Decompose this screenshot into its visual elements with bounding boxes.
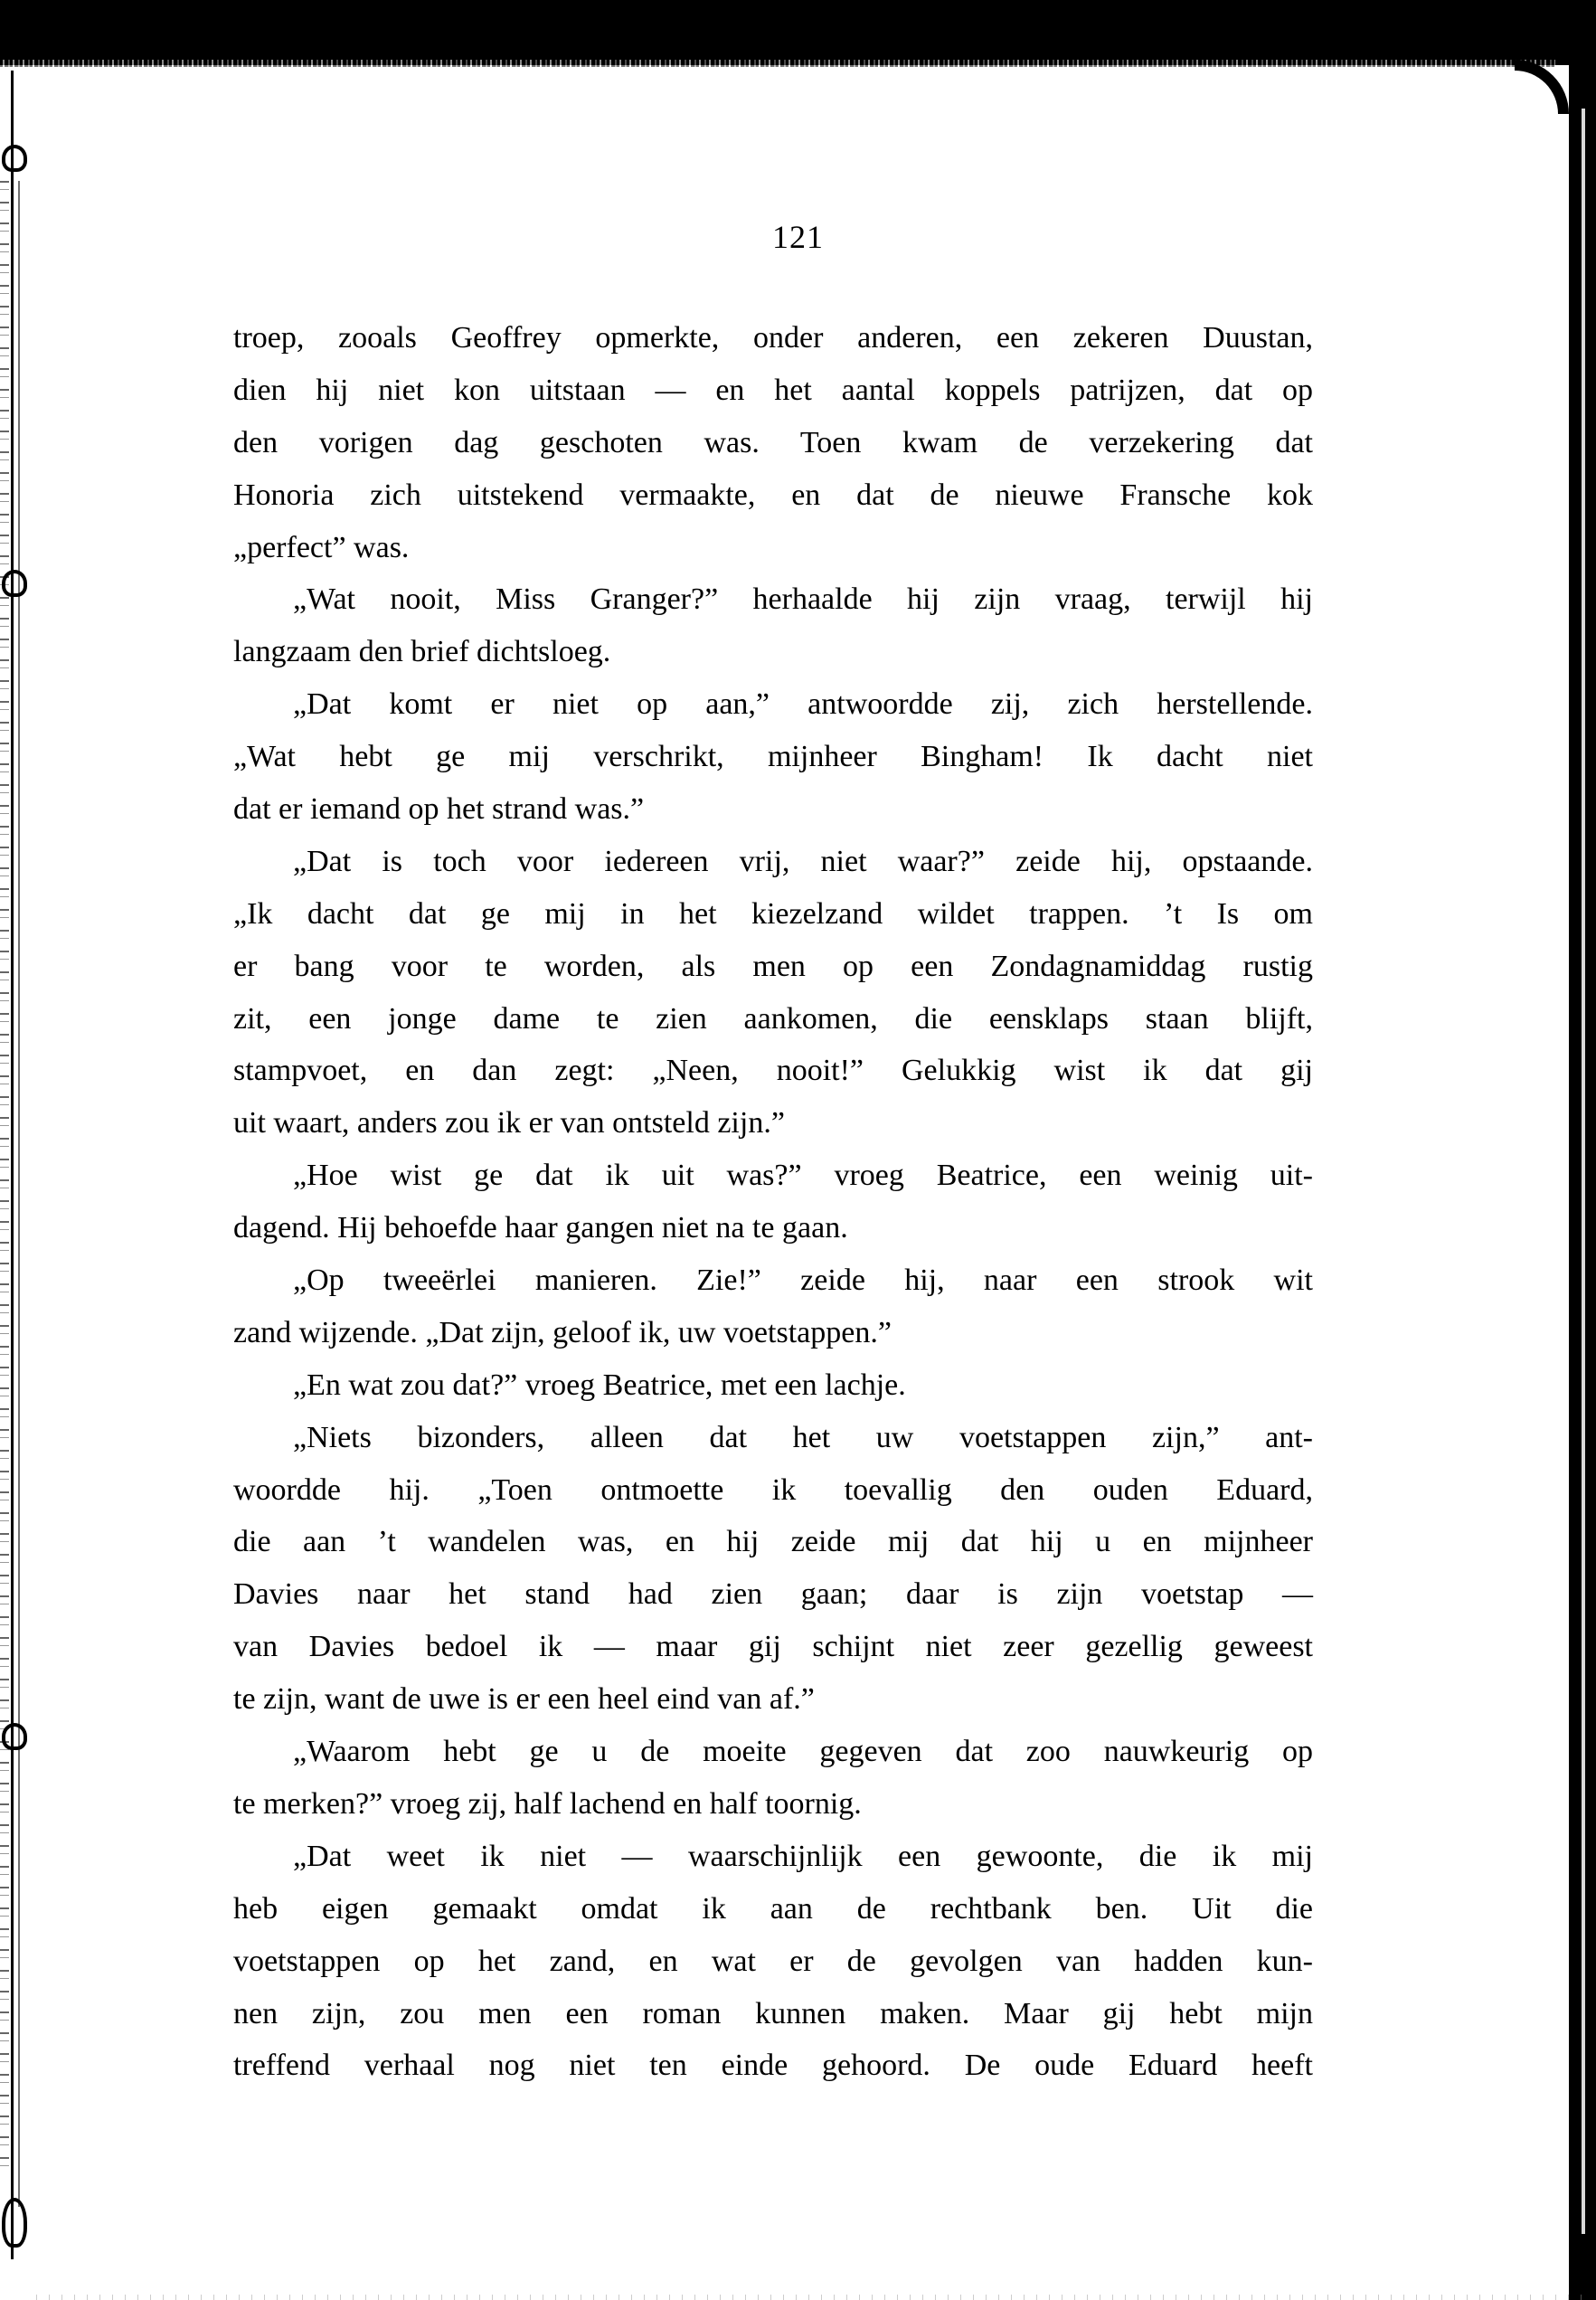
text-line: Davies naar het stand had zien gaan; daa…	[233, 1568, 1313, 1621]
text-line: „Dat weet ik niet — waarschijnlijk een g…	[233, 1831, 1313, 1883]
text-line: „En wat zou dat?” vroeg Beatrice, met ee…	[233, 1359, 1313, 1412]
text-line: „Dat is toch voor iedereen vrij, niet wa…	[233, 836, 1313, 888]
scan-right-gap	[1582, 109, 1585, 2234]
text-line: „perfect” was.	[233, 522, 1313, 574]
text-line: uit waart, anders zou ik er van ontsteld…	[233, 1097, 1313, 1150]
text-line: dagend. Hij behoefde haar gangen niet na…	[233, 1202, 1313, 1254]
text-line: langzaam den brief dichtsloeg.	[233, 626, 1313, 678]
binding-clip-icon	[2, 1723, 27, 1750]
text-line: „Op tweeërlei manieren. Zie!” zeide hij,…	[233, 1254, 1313, 1307]
text-line: nen zijn, zou men een roman kunnen maken…	[233, 1988, 1313, 2040]
text-line: stampvoet, en dan zegt: „Neen, nooit!” G…	[233, 1045, 1313, 1097]
text-line: treffend verhaal nog niet ten einde geho…	[233, 2040, 1313, 2092]
text-line: „Wat hebt ge mij verschrikt, mijnheer Bi…	[233, 731, 1313, 783]
text-line: voetstappen op het zand, en wat er de ge…	[233, 1936, 1313, 1988]
scan-left-binding-line-2	[18, 181, 20, 2207]
binding-clip-icon	[2, 2198, 27, 2248]
text-line: „Dat komt er niet op aan,” antwoordde zi…	[233, 678, 1313, 731]
text-line: „Niets bizonders, alleen dat het uw voet…	[233, 1412, 1313, 1464]
text-line: heb eigen gemaakt omdat ik aan de rechtb…	[233, 1883, 1313, 1936]
text-line: „Ik dacht dat ge mij in het kiezelzand w…	[233, 888, 1313, 941]
text-line: „Waarom hebt ge u de moeite gegeven dat …	[233, 1726, 1313, 1778]
scan-left-binding-line	[11, 71, 14, 2259]
body-text: troep, zooals Geoffrey opmerkte, onder a…	[233, 312, 1313, 2092]
scan-top-noise	[0, 60, 1555, 67]
text-line: dien hij niet kon uitstaan — en het aant…	[233, 364, 1313, 417]
scan-bottom-noise	[36, 2295, 1591, 2300]
text-line: dat er iemand op het strand was.”	[233, 783, 1313, 836]
text-line: te merken?” vroeg zij, half lachend en h…	[233, 1778, 1313, 1831]
text-line: woordde hij. „Toen ontmoette ik toevalli…	[233, 1464, 1313, 1517]
scan-left-speckle	[0, 181, 9, 2171]
text-line: te zijn, want de uwe is er een heel eind…	[233, 1673, 1313, 1726]
text-line: „Wat nooit, Miss Granger?” herhaalde hij…	[233, 573, 1313, 626]
text-line: den vorigen dag geschoten was. Toen kwam…	[233, 417, 1313, 469]
text-line: zand wijzende. „Dat zijn, geloof ik, uw …	[233, 1307, 1313, 1359]
text-line: zit, een jonge dame te zien aankomen, di…	[233, 993, 1313, 1046]
text-line: troep, zooals Geoffrey opmerkte, onder a…	[233, 312, 1313, 364]
text-line: Honoria zich uitstekend vermaakte, en da…	[233, 469, 1313, 522]
page-corner	[1515, 60, 1569, 114]
scan-top-border	[0, 0, 1596, 65]
text-line: er bang voor te worden, als men op een Z…	[233, 941, 1313, 993]
binding-clip-icon	[2, 570, 27, 597]
binding-clip-icon	[2, 145, 27, 172]
page-number: 121	[0, 217, 1596, 257]
text-line: van Davies bedoel ik — maar gij schijnt …	[233, 1621, 1313, 1673]
text-line: die aan ’t wandelen was, en hij zeide mi…	[233, 1516, 1313, 1568]
text-line: „Hoe wist ge dat ik uit was?” vroeg Beat…	[233, 1150, 1313, 1202]
